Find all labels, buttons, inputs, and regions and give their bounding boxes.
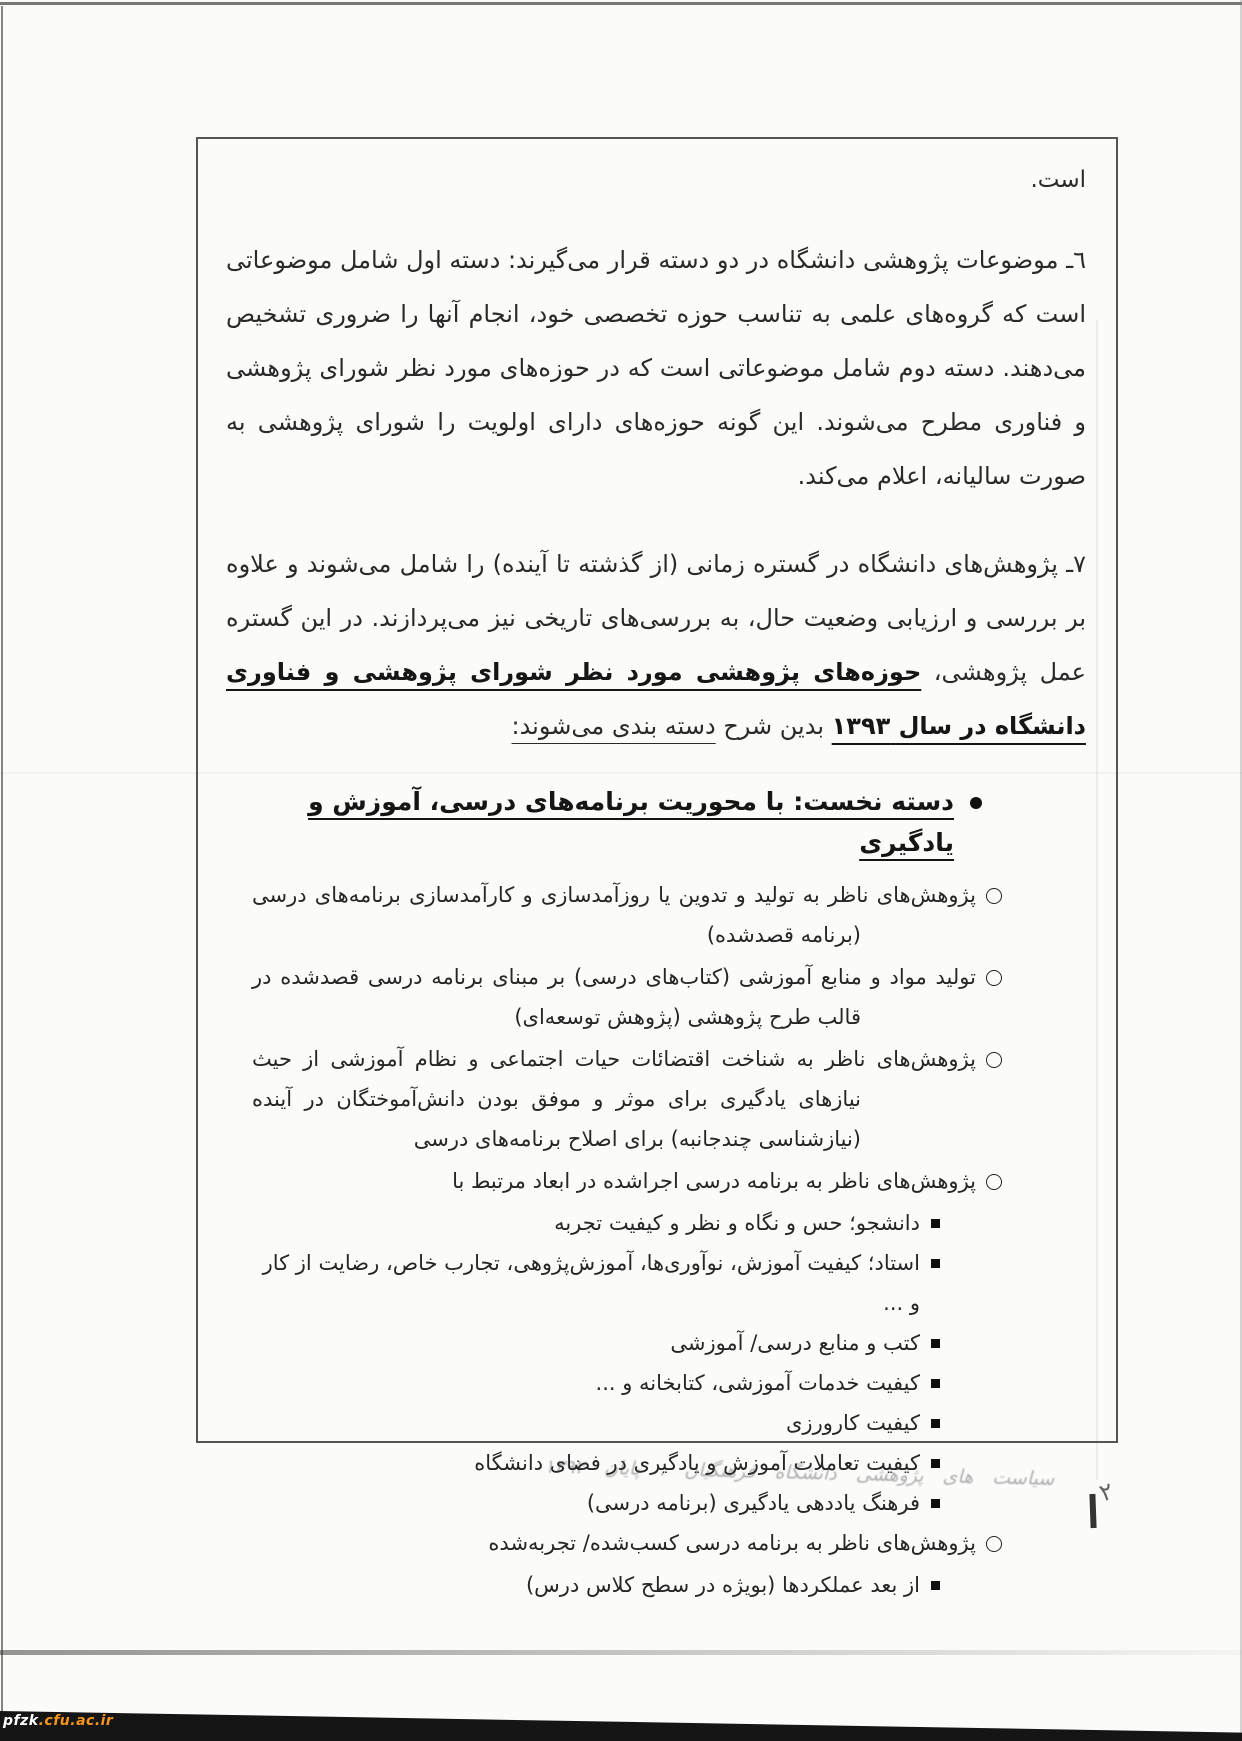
section-heading: دسته نخست: با محوریت برنامه‌های درسی، آم… (308, 787, 954, 857)
bullet-square-icon (931, 1419, 940, 1428)
bullet-square-icon (931, 1259, 940, 1268)
list-item: پژوهش‌های ناظر به شناخت اقتضائات حیات اج… (226, 1039, 1086, 1159)
list-item: پژوهش‌های ناظر به تولید و تدوین یا روزآم… (226, 875, 1086, 955)
bullet-circle-icon (986, 888, 1002, 904)
document-frame: است. ٦ـ موضوعات پژوهشی دانشگاه در دو دست… (196, 137, 1118, 1443)
handwritten-page-number: ۲ (1096, 1477, 1117, 1508)
list-item-text: تولید مواد و منابع آموزشی (کتاب‌های درسی… (252, 965, 976, 1029)
bullet-square-icon (931, 1219, 940, 1228)
watermark-prefix: pfzk (3, 1713, 39, 1729)
paragraph-7: ۷ـ پژوهش‌های دانشگاه در گستره زمانی (از … (226, 537, 1086, 753)
bullet-circle-icon (986, 1174, 1002, 1190)
list-item: پژوهش‌های ناظر به برنامه درسی کسب‌شده/ ت… (226, 1523, 1086, 1563)
sublist-item: کتب و منابع درسی/ آموزشی (226, 1323, 1086, 1363)
sublist-item: استاد؛ کیفیت آموزش، نوآوری‌ها، آموزش‌پژو… (226, 1243, 1086, 1323)
scan-shadow-line (0, 1650, 1242, 1655)
sublist-item: کیفیت کارورزی (226, 1403, 1086, 1443)
sublist-item-text: دانشجو؛ حس و نگاه و نظر و کیفیت تجربه (554, 1211, 920, 1235)
scan-edge-left (1, 6, 3, 1736)
sublist-item-text: کیفیت کارورزی (786, 1411, 920, 1435)
handwritten-page-number-bar (1089, 1494, 1096, 1528)
list-item-text: پژوهش‌های ناظر به شناخت اقتضائات حیات اج… (252, 1047, 976, 1151)
list-item-text: پژوهش‌های ناظر به برنامه درسی کسب‌شده/ ت… (488, 1531, 976, 1555)
bullet-square-icon (931, 1581, 940, 1590)
research-topics-list: پژوهش‌های ناظر به تولید و تدوین یا روزآم… (226, 875, 1086, 1605)
sublist-item: فرهنگ یاددهی یادگیری (برنامه درسی) (226, 1483, 1086, 1523)
bullet-circle-icon (986, 1052, 1002, 1068)
paragraph-7-middle: بدین شرح (716, 712, 832, 740)
sublist-item: کیفیت خدمات آموزشی، کتابخانه و ... (226, 1363, 1086, 1403)
bullet-circle-icon (986, 970, 1002, 986)
sublist-item: دانشجو؛ حس و نگاه و نظر و کیفیت تجربه (226, 1203, 1086, 1243)
paragraph-7-underlined: دسته بندی می‌شوند: (511, 712, 715, 740)
bullet-square-icon (931, 1339, 940, 1348)
section-heading-row: دسته نخست: با محوریت برنامه‌های درسی، آم… (226, 783, 1086, 865)
scan-edge-top (0, 2, 1242, 5)
paragraph-6: ٦ـ موضوعات پژوهشی دانشگاه در دو دسته قرا… (226, 233, 1086, 503)
sublist: از بعد عملکردها (بویژه در سطح کلاس درس) (226, 1565, 1086, 1605)
sublist-item: از بعد عملکردها (بویژه در سطح کلاس درس) (226, 1565, 1086, 1605)
watermark: pfzk.cfu.ac.ir (3, 1713, 113, 1729)
sublist-item-text: کیفیت خدمات آموزشی، کتابخانه و ... (596, 1371, 920, 1395)
list-item: پژوهش‌های ناظر به برنامه درسی اجراشده در… (226, 1161, 1086, 1201)
sublist-item-text: از بعد عملکردها (بویژه در سطح کلاس درس) (526, 1573, 920, 1597)
bullet-square-icon (931, 1499, 940, 1508)
scanned-page: است. ٦ـ موضوعات پژوهشی دانشگاه در دو دست… (0, 0, 1242, 1741)
bullet-circle-icon (986, 1536, 1002, 1552)
carryover-text: است. (226, 165, 1086, 195)
sublist-item-text: کتب و منابع درسی/ آموزشی (670, 1331, 920, 1355)
list-item-text: پژوهش‌های ناظر به تولید و تدوین یا روزآم… (252, 883, 976, 947)
sublist-item-text: فرهنگ یاددهی یادگیری (برنامه درسی) (587, 1491, 920, 1515)
watermark-suffix: .cfu.ac.ir (39, 1713, 114, 1729)
list-item: تولید مواد و منابع آموزشی (کتاب‌های درسی… (226, 957, 1086, 1037)
sublist-item-text: استاد؛ کیفیت آموزش، نوآوری‌ها، آموزش‌پژو… (263, 1251, 920, 1315)
bullet-disc-icon (970, 797, 982, 809)
scan-edge-bottom (0, 1711, 1242, 1741)
bullet-square-icon (931, 1379, 940, 1388)
list-item-text: پژوهش‌های ناظر به برنامه درسی اجراشده در… (452, 1169, 976, 1193)
